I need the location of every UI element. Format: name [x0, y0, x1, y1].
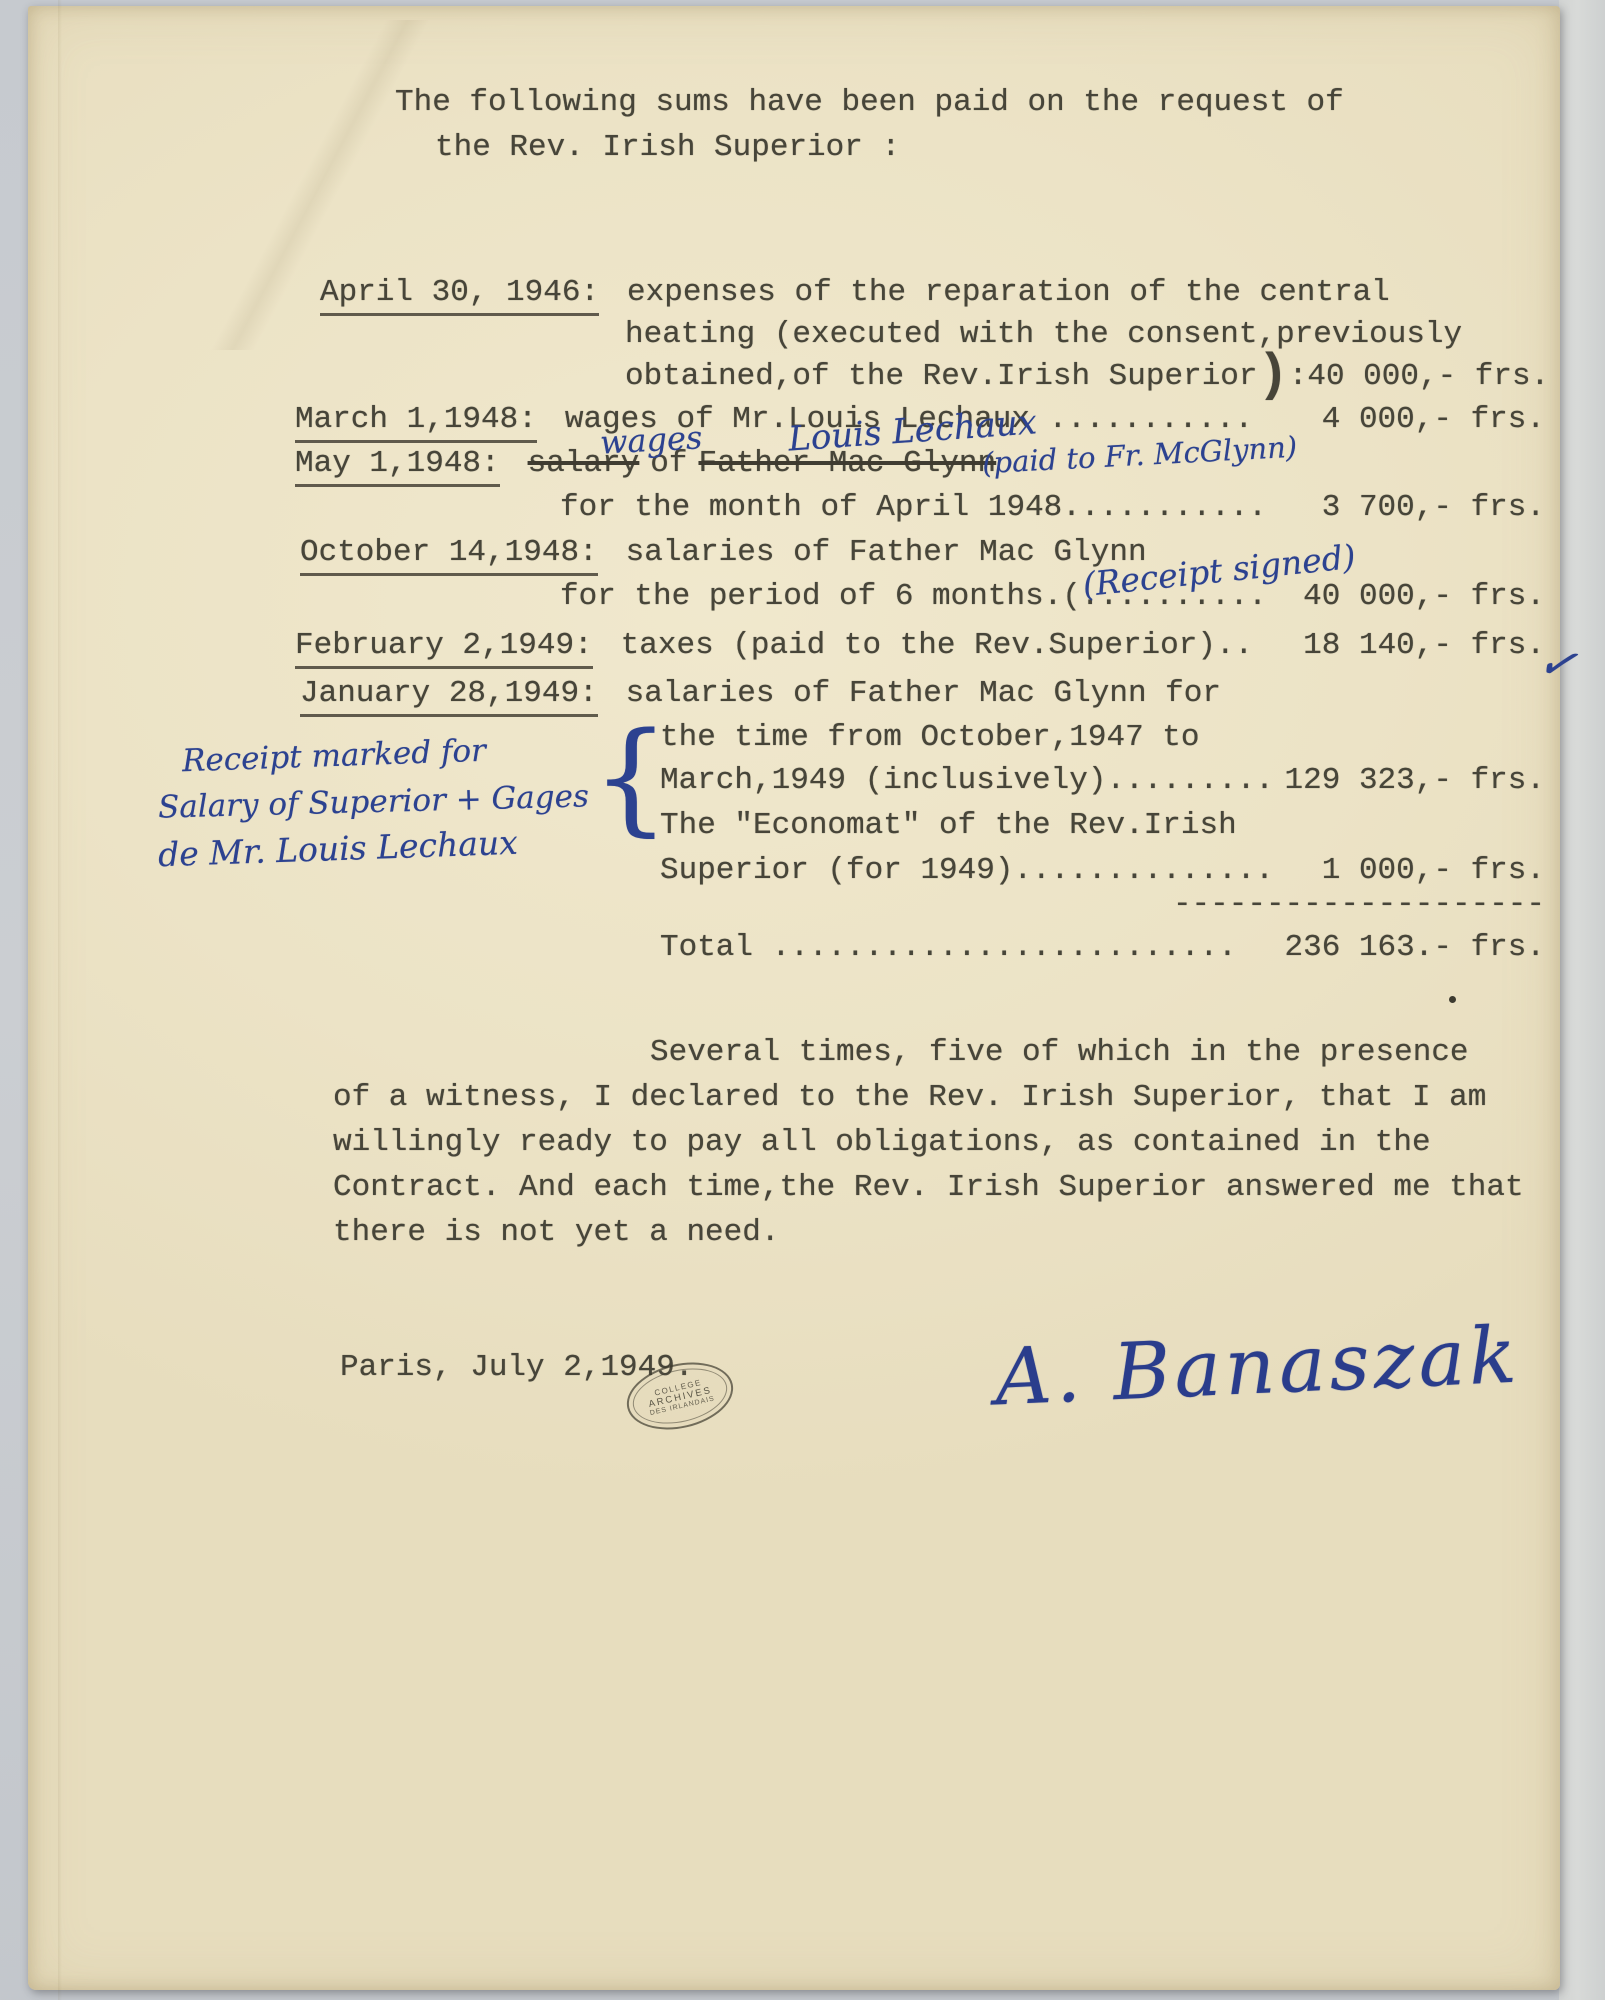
entry-text: for the month of April 1948...........: [560, 489, 1267, 527]
handwritten-paren: ): [1258, 371, 1289, 381]
entry-text: expenses of the reparation of the centra…: [627, 275, 1390, 310]
handwritten-correction-wages: wages: [599, 418, 703, 461]
backing-sheet-edge: [1559, 0, 1605, 2000]
entry-date: March 1,1948:: [295, 401, 537, 443]
entry-date: May 1,1948:: [295, 445, 500, 487]
entry-january-1949-amount-line-1: March,1949 (inclusively)......... 129 32…: [660, 762, 1545, 800]
entry-text: salaries of Father Mac Glynn for: [626, 676, 1221, 711]
paragraph-line-4: Contract. And each time,the Rev. Irish S…: [333, 1169, 1524, 1207]
total-label: Total .........................: [660, 929, 1237, 967]
entry-april-1946: April 30, 1946:expenses of the reparatio…: [320, 274, 1390, 316]
entry-april-1946-cont: heating (executed with the consent,previ…: [625, 316, 1462, 354]
entry-january-1949: January 28,1949:salaries of Father Mac G…: [300, 675, 1221, 717]
paper-fold-line: [58, 0, 62, 2000]
amount: 129 323,- frs.: [1285, 762, 1545, 800]
entry-economat: The "Economat" of the Rev.Irish: [660, 807, 1237, 845]
amount: 3 700,- frs.: [1322, 489, 1545, 527]
paragraph-line-1: Several times, five of which in the pres…: [650, 1034, 1469, 1072]
entry-text: taxes (paid to the Rev.Superior)..: [621, 628, 1254, 663]
heading-line-1: The following sums have been paid on the…: [395, 84, 1344, 122]
entry-may-1948-amount-line: for the month of April 1948........... 3…: [560, 489, 1545, 527]
colon: :: [1289, 359, 1308, 394]
amount: 4 000,- frs.: [1322, 401, 1545, 443]
total-amount: 236 163.- frs.: [1285, 929, 1545, 967]
scanned-document-photo: The following sums have been paid on the…: [0, 0, 1605, 2000]
ink-dot: [1449, 996, 1456, 1003]
total-line: Total ......................... 236 163.…: [660, 929, 1545, 967]
entry-april-1946-amount-line: obtained,of the Rev.Irish Superior): 40 …: [625, 358, 1545, 396]
entry-text: Superior (for 1949)..............: [660, 852, 1274, 890]
entry-text: salaries of Father Mac Glynn: [626, 535, 1147, 570]
separator-dashes: --------------------: [1100, 886, 1545, 924]
entry-january-1949-cont: the time from October,1947 to: [660, 719, 1200, 757]
handwritten-brace: {: [592, 716, 670, 838]
heading-line-2: the Rev. Irish Superior :: [435, 129, 900, 167]
amount: 40 000,- frs.: [1307, 358, 1549, 396]
entry-date: April 30, 1946:: [320, 274, 599, 316]
paragraph-line-2: of a witness, I declared to the Rev. Iri…: [333, 1079, 1486, 1117]
entry-date: January 28,1949:: [300, 675, 598, 717]
entry-text: obtained,of the Rev.Irish Superior: [625, 359, 1258, 394]
paragraph-line-3: willingly ready to pay all obligations, …: [333, 1124, 1431, 1162]
entry-economat-amount-line: Superior (for 1949).............. 1 000,…: [660, 852, 1545, 890]
entry-date: October 14,1948:: [300, 534, 598, 576]
amount: 1 000,- frs.: [1322, 852, 1545, 890]
entry-october-1948: October 14,1948:salaries of Father Mac G…: [300, 534, 1147, 576]
amount: 40 000,- frs.: [1303, 578, 1545, 616]
amount: 18 140,- frs.: [1303, 627, 1545, 669]
entry-october-1948-amount-line: for the period of 6 months.(.......... 4…: [560, 578, 1545, 616]
entry-february-1949: February 2,1949:taxes (paid to the Rev.S…: [295, 627, 1545, 669]
paragraph-line-5: there is not yet a need.: [333, 1214, 779, 1252]
entry-date: February 2,1949:: [295, 627, 593, 669]
entry-text: March,1949 (inclusively).........: [660, 762, 1274, 800]
